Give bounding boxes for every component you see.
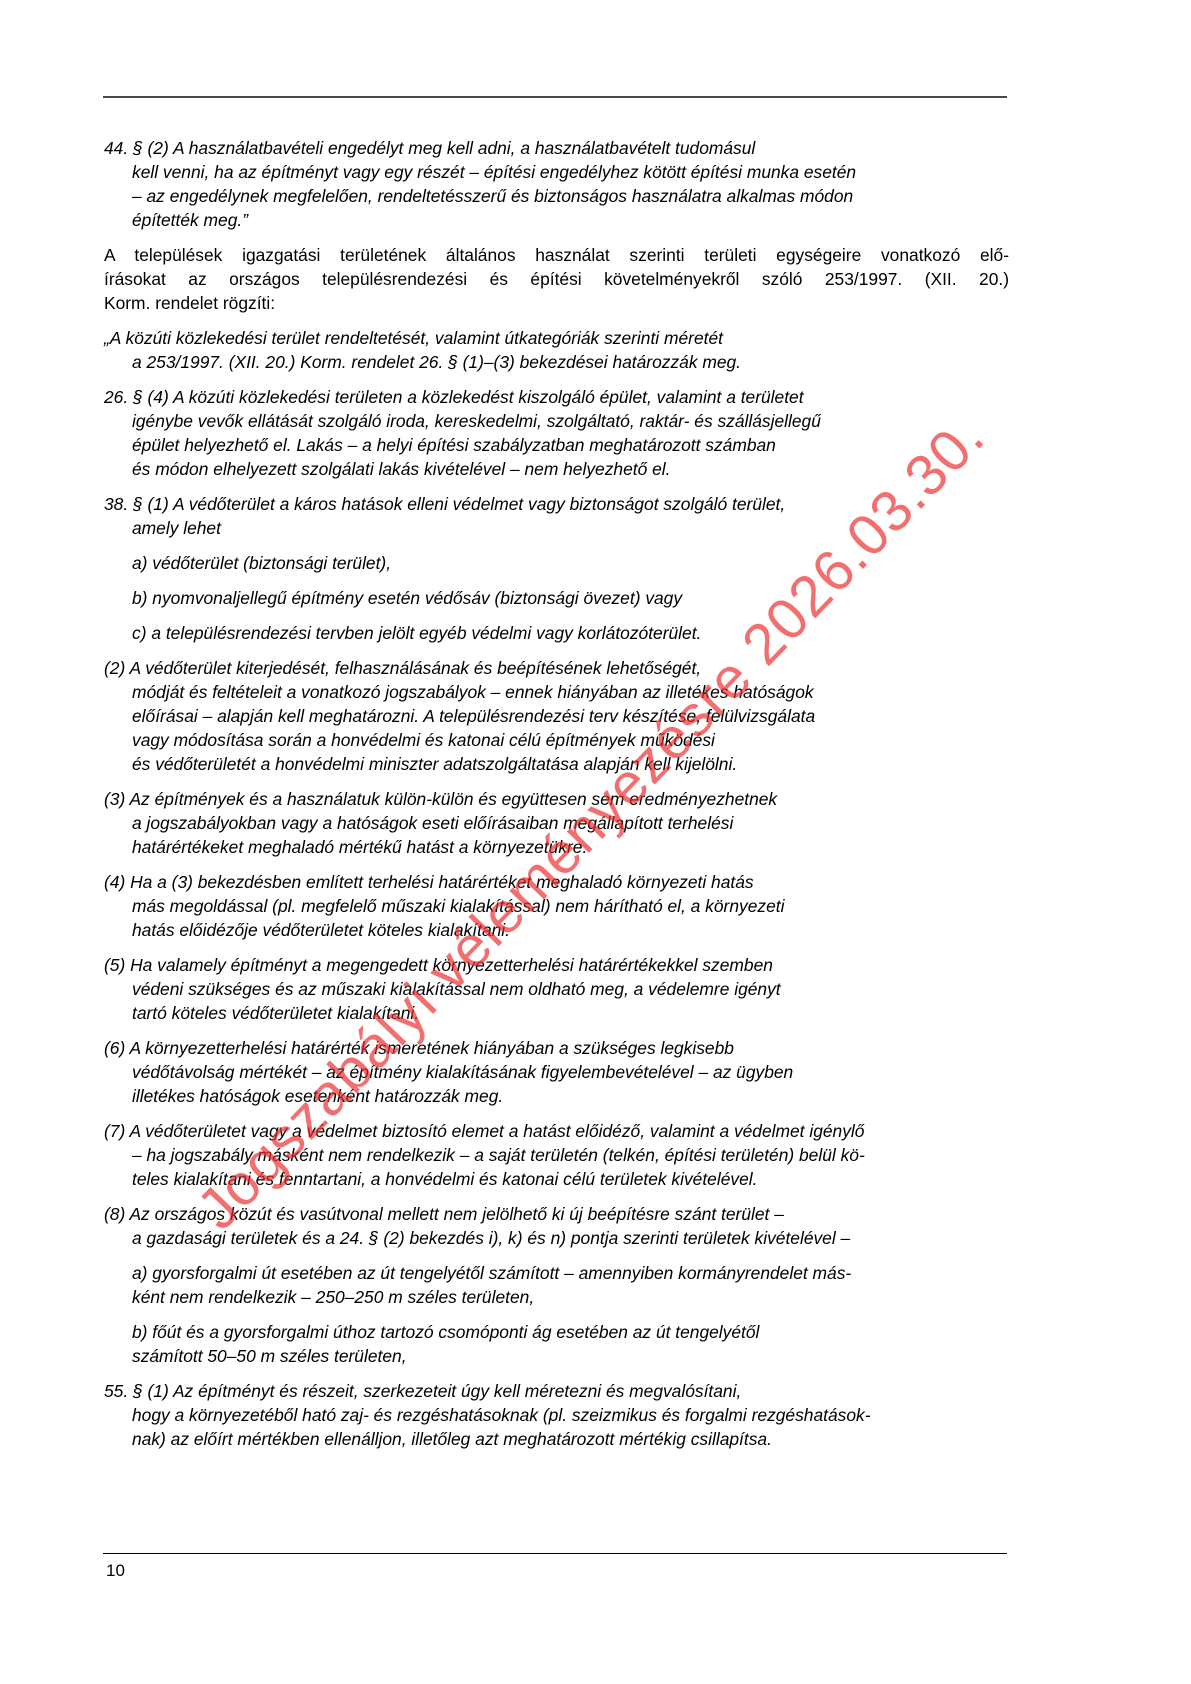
document-page: 44. § (2) A használatbavételi engedélyt …	[0, 0, 1191, 1684]
body-paragraph: A települések igazgatási területének ált…	[104, 243, 1009, 315]
text-line: c) a településrendezési tervben jelölt e…	[132, 621, 1009, 645]
text-line: (8) Az országos közút és vasútvonal mell…	[132, 1202, 1009, 1226]
quoted-paragraph: (8) Az országos közút és vasútvonal mell…	[104, 1202, 1009, 1250]
quoted-paragraph: 55. § (1) Az építményt és részeit, szerk…	[104, 1379, 1009, 1451]
text-line: a) védőterület (biztonsági terület),	[132, 551, 1009, 575]
quoted-paragraph: (6) A környezetterhelési határérték isme…	[104, 1036, 1009, 1108]
text-line: (5) Ha valamely építményt a megengedett …	[132, 953, 1009, 977]
header-rule	[103, 96, 1007, 98]
text-line: és módon elhelyezett szolgálati lakás ki…	[132, 457, 1009, 481]
text-line: írásokat az országos településrendezési …	[104, 267, 1009, 291]
quoted-paragraph: 26. § (4) A közúti közlekedési területen…	[104, 385, 1009, 481]
list-item: a) gyorsforgalmi út esetében az út tenge…	[132, 1261, 1009, 1309]
text-line: – az engedélynek megfelelően, rendelteté…	[132, 184, 1009, 208]
text-line: 38. § (1) A védőterület a káros hatások …	[132, 492, 1009, 516]
text-line: vagy módosítása során a honvédelmi és ka…	[132, 728, 1009, 752]
footer-rule	[103, 1553, 1007, 1554]
text-line: előírásai – alapján kell meghatározni. A…	[132, 704, 1009, 728]
text-line: 55. § (1) Az építményt és részeit, szerk…	[132, 1379, 1009, 1403]
text-line: számított 50–50 m széles területen,	[132, 1344, 1009, 1368]
text-line: nak) az előírt mértékben ellenálljon, il…	[132, 1427, 1009, 1451]
text-line: amely lehet	[132, 516, 1009, 540]
document-body: 44. § (2) A használatbavételi engedélyt …	[104, 136, 1009, 1462]
text-line: a gazdasági területek és a 24. § (2) bek…	[132, 1226, 1009, 1250]
list-item: a) védőterület (biztonsági terület),	[132, 551, 1009, 575]
text-line: Korm. rendelet rögzíti:	[104, 291, 1009, 315]
page-number: 10	[106, 1561, 125, 1581]
text-line: A települések igazgatási területének ált…	[104, 243, 1009, 267]
text-line: tartó köteles védőterületet kialakítani.	[132, 1001, 1009, 1025]
text-line: határértékeket meghaladó mértékű hatást …	[132, 835, 1009, 859]
quoted-paragraph: (2) A védőterület kiterjedését, felhaszn…	[104, 656, 1009, 776]
text-line: teles kialakítani és fenntartani, a honv…	[132, 1167, 1009, 1191]
text-line: hatás előidézője védőterületet köteles k…	[132, 918, 1009, 942]
text-line: építették meg.”	[132, 208, 1009, 232]
text-line: igénybe vevők ellátását szolgáló iroda, …	[132, 409, 1009, 433]
text-line: b) nyomvonaljellegű építmény esetén védő…	[132, 586, 1009, 610]
list-item: b) nyomvonaljellegű építmény esetén védő…	[132, 586, 1009, 610]
quoted-paragraph: 38. § (1) A védőterület a káros hatások …	[104, 492, 1009, 540]
list-item: c) a településrendezési tervben jelölt e…	[132, 621, 1009, 645]
text-line: b) főút és a gyorsforgalmi úthoz tartozó…	[132, 1320, 1009, 1344]
text-line: (7) A védőterületet vagy a védelmet bizt…	[132, 1119, 1009, 1143]
text-line: a jogszabályokban vagy a hatóságok eseti…	[132, 811, 1009, 835]
text-line: 26. § (4) A közúti közlekedési területen…	[132, 385, 1009, 409]
text-line: 44. § (2) A használatbavételi engedélyt …	[132, 136, 1009, 160]
quoted-paragraph: 44. § (2) A használatbavételi engedélyt …	[104, 136, 1009, 232]
text-line: (2) A védőterület kiterjedését, felhaszn…	[132, 656, 1009, 680]
text-line: a) gyorsforgalmi út esetében az út tenge…	[132, 1261, 1009, 1285]
text-line: más megoldással (pl. megfelelő műszaki k…	[132, 894, 1009, 918]
quoted-paragraph: (7) A védőterületet vagy a védelmet bizt…	[104, 1119, 1009, 1191]
text-line: és védőterületét a honvédelmi miniszter …	[132, 752, 1009, 776]
text-line: – ha jogszabály másként nem rendelkezik …	[132, 1143, 1009, 1167]
text-line: „A közúti közlekedési terület rendelteté…	[132, 326, 1009, 350]
text-line: védőtávolság mértékét – az építmény kial…	[132, 1060, 1009, 1084]
text-line: ként nem rendelkezik – 250–250 m széles …	[132, 1285, 1009, 1309]
text-line: módját és feltételeit a vonatkozó jogsza…	[132, 680, 1009, 704]
text-line: épület helyezhető el. Lakás – a helyi ép…	[132, 433, 1009, 457]
text-line: (3) Az építmények és a használatuk külön…	[132, 787, 1009, 811]
quoted-paragraph: (4) Ha a (3) bekezdésben említett terhel…	[104, 870, 1009, 942]
text-line: illetékes hatóságok esetenként határozzá…	[132, 1084, 1009, 1108]
quoted-paragraph: (5) Ha valamely építményt a megengedett …	[104, 953, 1009, 1025]
text-line: védeni szükséges és az műszaki kialakítá…	[132, 977, 1009, 1001]
text-line: a 253/1997. (XII. 20.) Korm. rendelet 26…	[132, 350, 1009, 374]
text-line: hogy a környezetéből ható zaj- és rezgés…	[132, 1403, 1009, 1427]
text-line: (6) A környezetterhelési határérték isme…	[132, 1036, 1009, 1060]
text-line: (4) Ha a (3) bekezdésben említett terhel…	[132, 870, 1009, 894]
quoted-paragraph: „A közúti közlekedési terület rendelteté…	[104, 326, 1009, 374]
quoted-paragraph: (3) Az építmények és a használatuk külön…	[104, 787, 1009, 859]
text-line: kell venni, ha az építményt vagy egy rés…	[132, 160, 1009, 184]
list-item: b) főút és a gyorsforgalmi úthoz tartozó…	[132, 1320, 1009, 1368]
